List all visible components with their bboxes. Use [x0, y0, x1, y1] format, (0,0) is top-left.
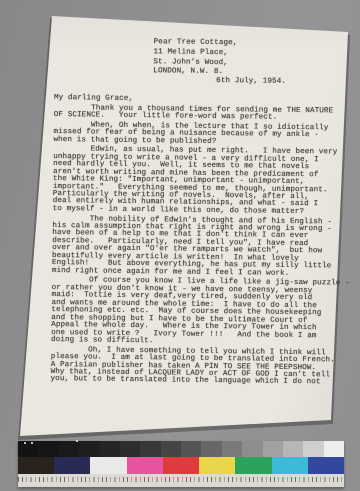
color-patch-cyan	[272, 457, 308, 474]
grayscale-step	[324, 441, 344, 457]
ruler-strip	[18, 474, 344, 487]
grayscale-step	[79, 441, 99, 457]
grayscale-step	[59, 441, 79, 457]
grayscale-step	[263, 441, 283, 457]
letter-paragraph: Oh, I have something to tell you which I…	[50, 347, 342, 388]
letter-body: My darling Grace, Thank you a thousand t…	[50, 95, 346, 387]
sender-address: Pear Tree Cottage, 11 Melina Place, St. …	[153, 38, 237, 78]
grayscale-step	[120, 441, 140, 457]
grayscale-step	[222, 441, 242, 457]
color-patch-green	[235, 457, 271, 474]
grayscale-step	[242, 441, 262, 457]
dust-speck	[76, 440, 78, 442]
letter-paragraph: The nobility of Edwin's thought and of h…	[52, 216, 345, 279]
letter-date: 6th July, 1954.	[216, 77, 286, 88]
color-patch-blue	[308, 457, 344, 474]
grayscale-strip	[18, 441, 344, 457]
color-patch-yellow	[199, 457, 235, 474]
color-patch-red	[163, 457, 199, 474]
letter-paragraph: When, Oh when, is the lecture that I so …	[53, 122, 345, 148]
dust-speck	[31, 442, 33, 444]
color-patch-black	[18, 457, 54, 474]
dust-speck	[24, 442, 26, 444]
grayscale-step	[201, 441, 221, 457]
grayscale-step	[283, 441, 303, 457]
grayscale-step	[100, 441, 120, 457]
color-strip	[18, 457, 344, 474]
color-patch-magenta	[127, 457, 163, 474]
color-patch-white	[90, 457, 126, 474]
calibration-bar	[18, 441, 344, 487]
letter-content: Pear Tree Cottage, 11 Melina Place, St. …	[0, 0, 360, 491]
grayscale-step	[38, 441, 58, 457]
grayscale-step	[303, 441, 323, 457]
grayscale-step	[161, 441, 181, 457]
grayscale-step	[140, 441, 160, 457]
letter-paragraph: Edwin, as usual, has put me right. I hav…	[53, 146, 346, 217]
color-patch-navy	[54, 457, 90, 474]
grayscale-step	[181, 441, 201, 457]
letter-paragraph: Of course you know I live a life like a …	[51, 277, 344, 348]
letter-paragraph: Thank you a thousand times for sending m…	[54, 105, 346, 123]
grayscale-step	[18, 441, 38, 457]
